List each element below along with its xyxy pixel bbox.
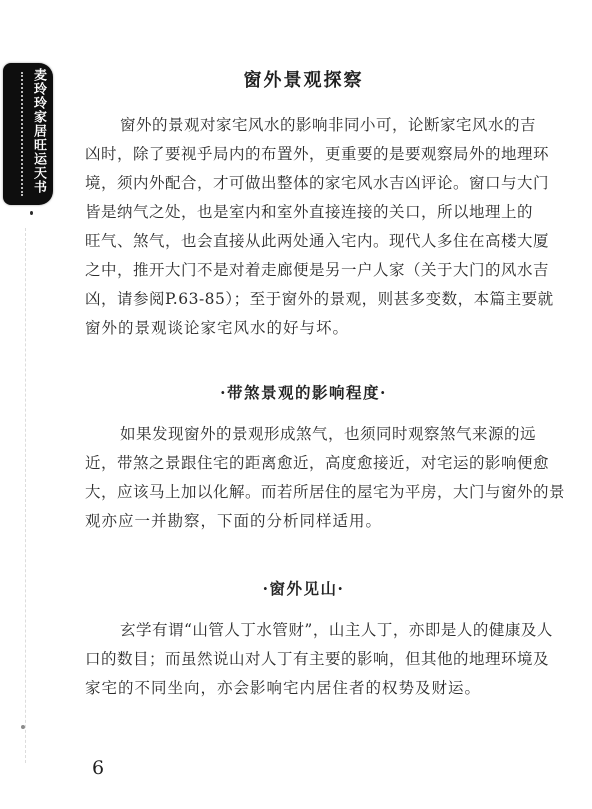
page-title: 窗外景观探察 [85,66,522,96]
scan-artifact-gutter-line [25,228,26,763]
paragraph-line: 近，带煞之景跟住宅的距离愈近，高度愈接近，对宅运的影响便愈 [85,449,522,478]
sidebar-banner: 麦玲玲家居旺运天书 [3,63,53,205]
paragraph-line: 窗外的景观对家宅风水的影响非同小可，论断家宅风水的吉 [85,111,522,140]
paragraph-line: 境，须内外配合，才可做出整体的家宅风水吉凶评论。窗口与大门 [85,169,522,198]
paragraph-line: 凶，请参阅P.63-85）；至于窗外的景观，则甚多变数，本篇主要就 [85,285,522,314]
scan-artifact-dot [21,725,25,729]
paragraph-line: 家宅的不同坐向，亦会影响宅内居住者的权势及财运。 [85,674,522,703]
section-heading-mountain-outside-window: ·窗外见山· [85,574,522,603]
book-page: 麦玲玲家居旺运天书 窗外景观探察 窗外的景观对家宅风水的影响非同小可，论断家宅风… [0,0,592,809]
paragraph-line: 玄学有谓“山管人丁水管财”，山主人丁，亦即是人的健康及人 [85,616,522,645]
paragraph-line: 窗外的景观谈论家宅风水的好与坏。 [85,314,522,343]
paragraph-line: 之中，推开大门不是对着走廊便是另一户人家（关于大门的风水吉 [85,256,522,285]
paragraph-line: 大，应该马上加以化解。而若所居住的屋宅为平房，大门与窗外的景 [85,478,522,507]
paragraph-line: 旺气、煞气，也会直接从此两处通入宅内。现代人多住在高楼大厦 [85,227,522,256]
paragraph-2: 如果发现窗外的景观形成煞气，也须同时观察煞气来源的远 近，带煞之景跟住宅的距离愈… [85,420,522,536]
paragraph-3: 玄学有谓“山管人丁水管财”，山主人丁，亦即是人的健康及人 口的数目；而虽然说山对… [85,616,522,703]
paragraph-line: 口的数目；而虽然说山对人丁有主要的影响，但其他的地理环境及 [85,645,522,674]
page-number: 6 [92,757,104,779]
section-heading-sha-influence: ·带煞景观的影响程度· [85,378,522,407]
paragraph-1: 窗外的景观对家宅风水的影响非同小可，论断家宅风水的吉 凶时，除了要视乎局内的布置… [85,111,522,343]
paragraph-line: 如果发现窗外的景观形成煞气，也须同时观察煞气来源的远 [85,420,522,449]
paragraph-line: 观亦应一并勘察，下面的分析同样适用。 [85,507,522,536]
paragraph-line: 凶时，除了要视乎局内的布置外，更重要的是要观察局外的地理环 [85,140,522,169]
sidebar-vertical-title: 麦玲玲家居旺运天书 [29,68,48,202]
scan-artifact-dot [30,211,33,215]
sidebar-dotted-rule [21,72,23,196]
paragraph-line: 皆是纳气之处，也是室内和室外直接连接的关口，所以地理上的 [85,198,522,227]
